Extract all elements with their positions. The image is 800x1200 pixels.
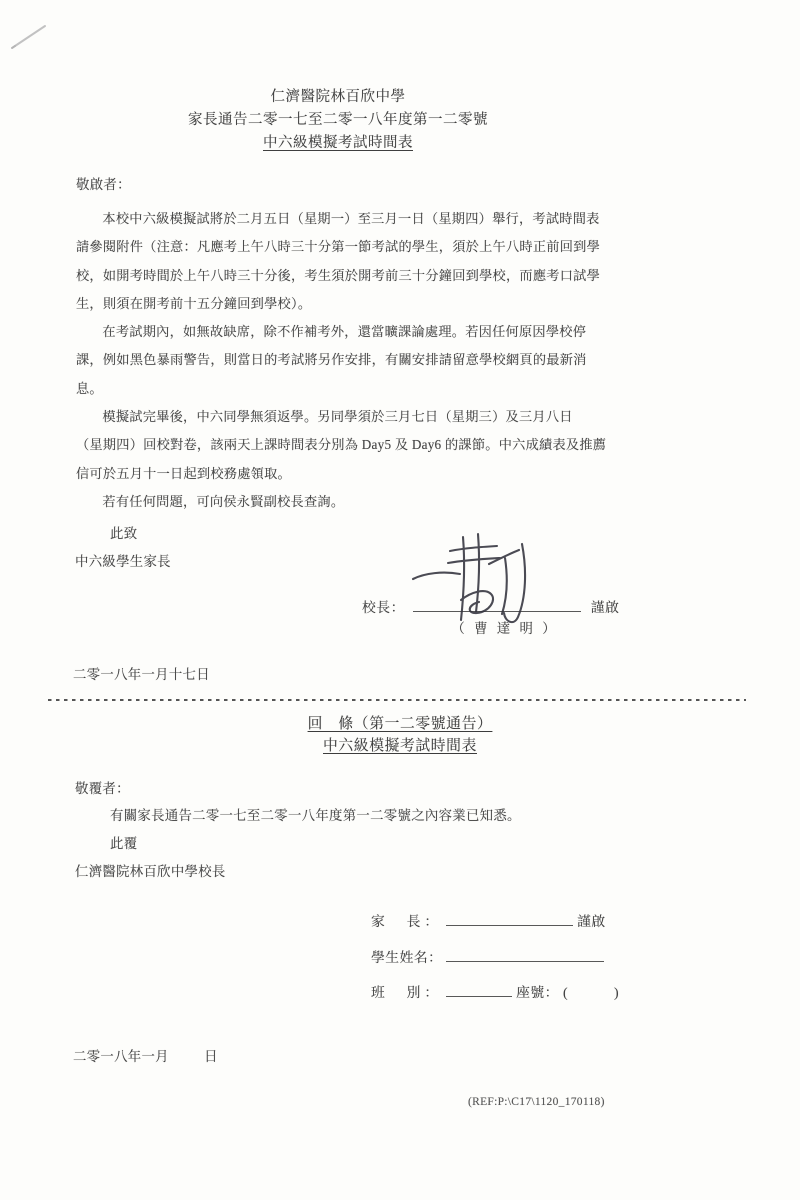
- reply-date-suffix: 日: [204, 1049, 218, 1064]
- closing: 此致: [110, 523, 137, 542]
- seat-paren-open: (: [563, 985, 568, 1000]
- paragraph-4: 若有任何問題，可向侯永賢副校長查詢。: [76, 488, 344, 516]
- seat-paren-close: ): [614, 985, 619, 1000]
- class-seat-row: 班 別： 座號： ( ): [371, 981, 619, 1001]
- reply-salutation: 敬覆者：: [75, 778, 130, 797]
- scanned-notice-page: 仁濟醫院林百欣中學 家長通告二零一七至二零一八年度第一二零號 中六級模擬考試時間…: [0, 0, 800, 1200]
- paragraph-2: 在考試期內，如無故缺席，除不作補考外，還當曠課論處理。若因任何原因學校停課，例如…: [76, 318, 587, 403]
- scan-artifact: [0, 0, 60, 60]
- reply-date-prefix: 二零一八年一月: [73, 1049, 169, 1064]
- letter-date: 二零一八年一月十七日: [73, 664, 210, 683]
- school-name: 仁濟醫院林百欣中學: [0, 86, 676, 109]
- parent-signature-row: 家 長： 謹啟: [371, 910, 606, 930]
- paragraph-3: 模擬試完畢後，中六同學無須返學。另同學須於三月七日（星期三）及三月八日（星期四）…: [76, 403, 606, 488]
- notice-number-line: 家長通告二零一七至二零一八年度第一二零號: [0, 109, 676, 132]
- student-name-label: 學生姓名：: [371, 950, 442, 965]
- parent-signature-line: [446, 911, 573, 926]
- reference-code: (REF:P:\C17\1120_170118): [468, 1096, 605, 1108]
- class-line: [446, 982, 512, 997]
- paragraph-1: 本校中六級模擬試將於二月五日（星期一）至三月一日（星期四）舉行，考試時間表請參閱…: [76, 205, 600, 318]
- reply-heading: 回 條（第一二零號通告）: [0, 713, 800, 735]
- reply-slip-header: 回 條（第一二零號通告） 中六級模擬考試時間表: [0, 713, 800, 757]
- principal-sign-off: 謹啟: [591, 600, 620, 615]
- parent-label: 家 長：: [371, 914, 442, 929]
- salutation: 敬啟者：: [76, 174, 131, 193]
- cut-here-dotted-line: [48, 699, 746, 701]
- letter-header: 仁濟醫院林百欣中學 家長通告二零一七至二零一八年度第一二零號 中六級模擬考試時間…: [0, 86, 676, 155]
- reply-subheading: 中六級模擬考試時間表: [0, 735, 800, 757]
- recipient: 中六級學生家長: [75, 551, 171, 570]
- parent-sign-off: 謹啟: [577, 914, 606, 929]
- reply-body: 有關家長通告二零一七至二零一八年度第一二零號之內容業已知悉。: [110, 805, 521, 824]
- student-name-row: 學生姓名：: [371, 946, 604, 966]
- letter-title: 中六級模擬考試時間表: [0, 132, 676, 155]
- reply-addressee: 仁濟醫院林百欣中學校長: [75, 861, 226, 880]
- principal-label: 校長：: [362, 600, 405, 615]
- reply-closing: 此覆: [110, 833, 137, 852]
- student-name-line: [446, 947, 604, 962]
- principal-handwritten-signature: [405, 522, 555, 627]
- class-label: 班 別：: [371, 985, 442, 1000]
- seat-label: 座號：: [516, 985, 559, 1000]
- reply-date-row: 二零一八年一月 日: [73, 1046, 218, 1065]
